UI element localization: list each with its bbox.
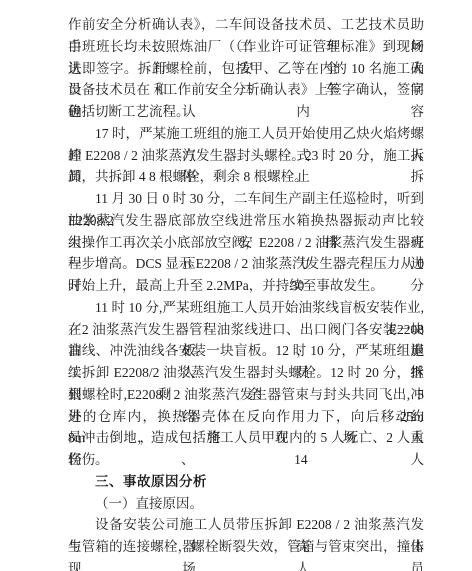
text-line: 外的仓库内，换热器壳体在反向作用力下，向后移动约 8m，将现场人 (68, 406, 424, 428)
text-line: 设备安装公司施工人员带压拆卸 E2208 / 2 油浆蒸汽发生器壳体 (68, 514, 424, 536)
text-line: 认即签字。拆卸螺栓前，包括甲、乙等在内的 10 名施工人员和二车间 (68, 58, 424, 80)
text-line: 开始上升，最高上升至 2.2MPa，并持续至事故发生。 (68, 275, 424, 297)
text-line: ／2 油浆蒸汽发生器管程油浆线进口、出口阀门各安装一块盲板，退 (68, 319, 424, 341)
text-line: 卸 E2208 / 2 油浆蒸汽发生器封头螺栓。23 时 20 分，施工人员停止… (68, 145, 424, 167)
text-line: 根螺栓时,E2208 / 2 油浆蒸汽发生器管束与封头共同飞出,冲进约 25m (68, 384, 424, 406)
document-viewer: { "page": { "background_color": "#ffffff… (0, 0, 472, 571)
text-line: 油线、冲洗油线各安装一块盲板。12 时 10 分，严某班组施工人员继 (68, 340, 424, 362)
text-line: 与管箱的连接螺栓，螺栓断裂失效，管箱与管束突出，撞击现场人员 (68, 536, 424, 558)
text-line: 11 时 10 分,严某班组施工人员开始油浆线盲板安装作业,在 E2208 (68, 297, 424, 319)
text-line: 设备技术员在《工作前安全分析确认表》上签字确认，签字确认内容 (68, 79, 424, 101)
text-line: 17 时，严某施工班组的施工人员开始使用乙炔火焰烤螺栓方式拆 (68, 123, 424, 145)
text-line: 一步增高。DCS 显示 E2208 / 2 油浆蒸汽发生器壳程压力从 0 时 3… (68, 253, 424, 275)
text-line: 11 月 30 日 0 时 30 分，二车间生产副主任巡检时，听到 E2208/… (68, 188, 424, 210)
document-page: 作前安全分析确认表》，二车间设备技术员、工艺技术员助手、二车间白班班长均未按照炼… (68, 14, 424, 558)
text-line: 续拆卸 E2208/2 油浆蒸汽发生器封头螺栓。12 时 20 分，拆到剩余 5 (68, 362, 424, 384)
text-line: 白班班长均未按照炼油厂（（作业许可证管理标准》到现场进行安全确 (68, 36, 424, 58)
text-line: 组操作工再次关小底部放空阀，E2208 / 2 油浆蒸汽发生器壳程压力进 (68, 232, 424, 254)
section-heading: 三、事故原因分析 (68, 471, 424, 493)
text-line: 油浆蒸汽发生器底部放空线进常压水箱换热器振动声比较大，安排班 (68, 210, 424, 232)
text-line: 作前安全分析确认表》，二车间设备技术员、工艺技术员助手、二车间 (68, 14, 424, 36)
text-line: （一）直接原因。 (68, 493, 424, 515)
text-line: 员冲击倒地，造成包括施工人员甲在内的 5 人死亡、2 人重伤、14 人 (68, 427, 424, 449)
